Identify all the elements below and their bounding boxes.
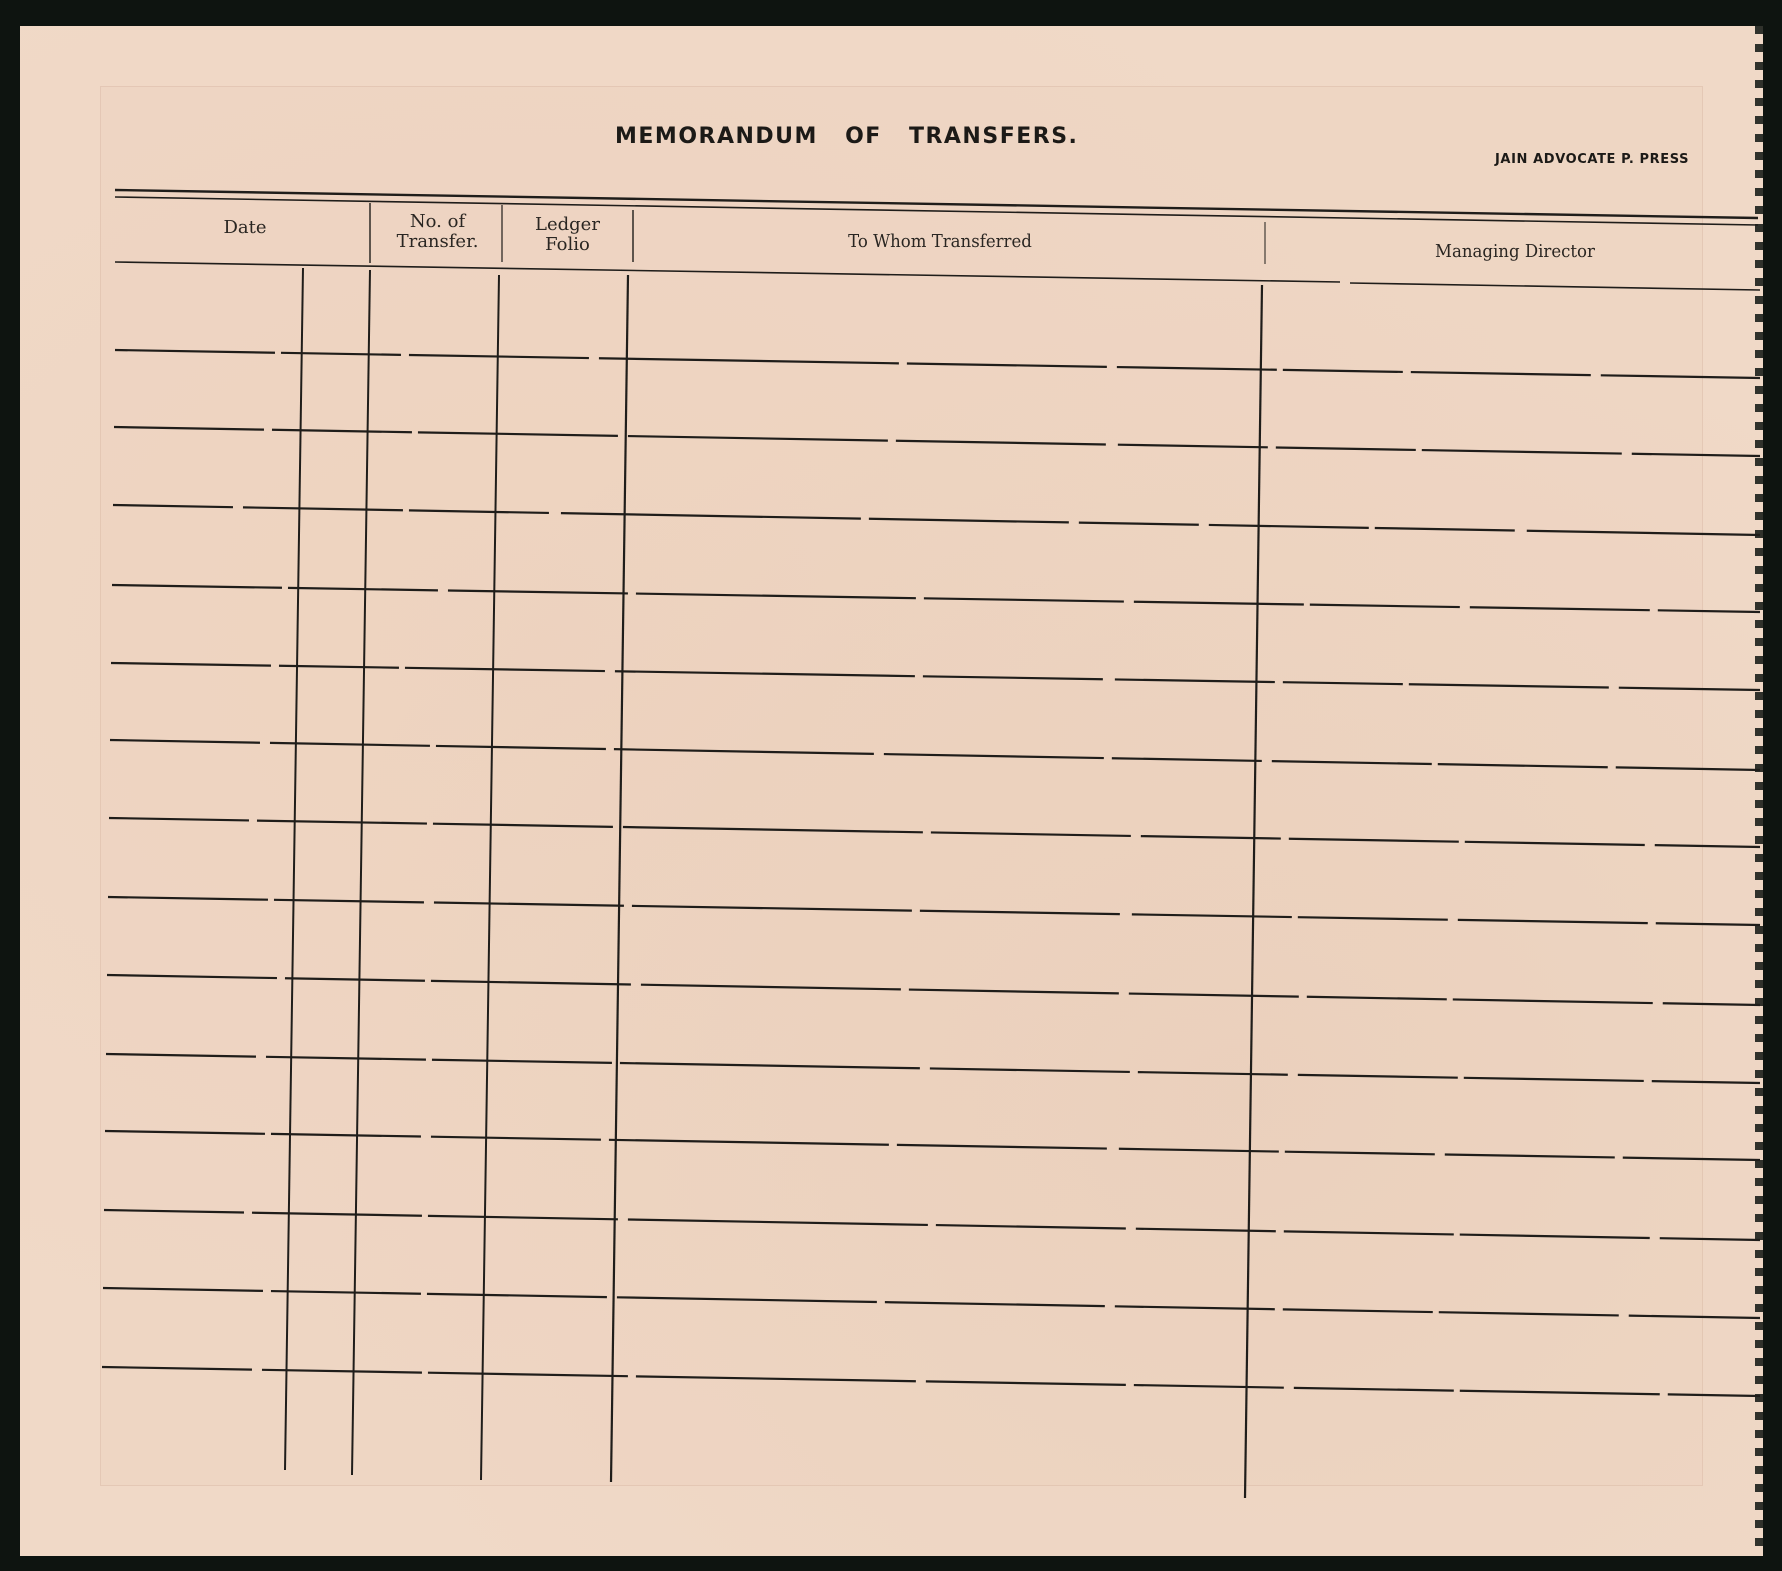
column-header-to-whom-transferred: To Whom Transferred <box>793 232 1087 252</box>
column-header-transfer-number: No. of Transfer. <box>375 212 500 252</box>
column-header-ledger-folio: Ledger Folio <box>505 215 630 255</box>
column-header-date: Date <box>200 218 290 238</box>
column-header-managing-director: Managing Director <box>1405 242 1626 262</box>
